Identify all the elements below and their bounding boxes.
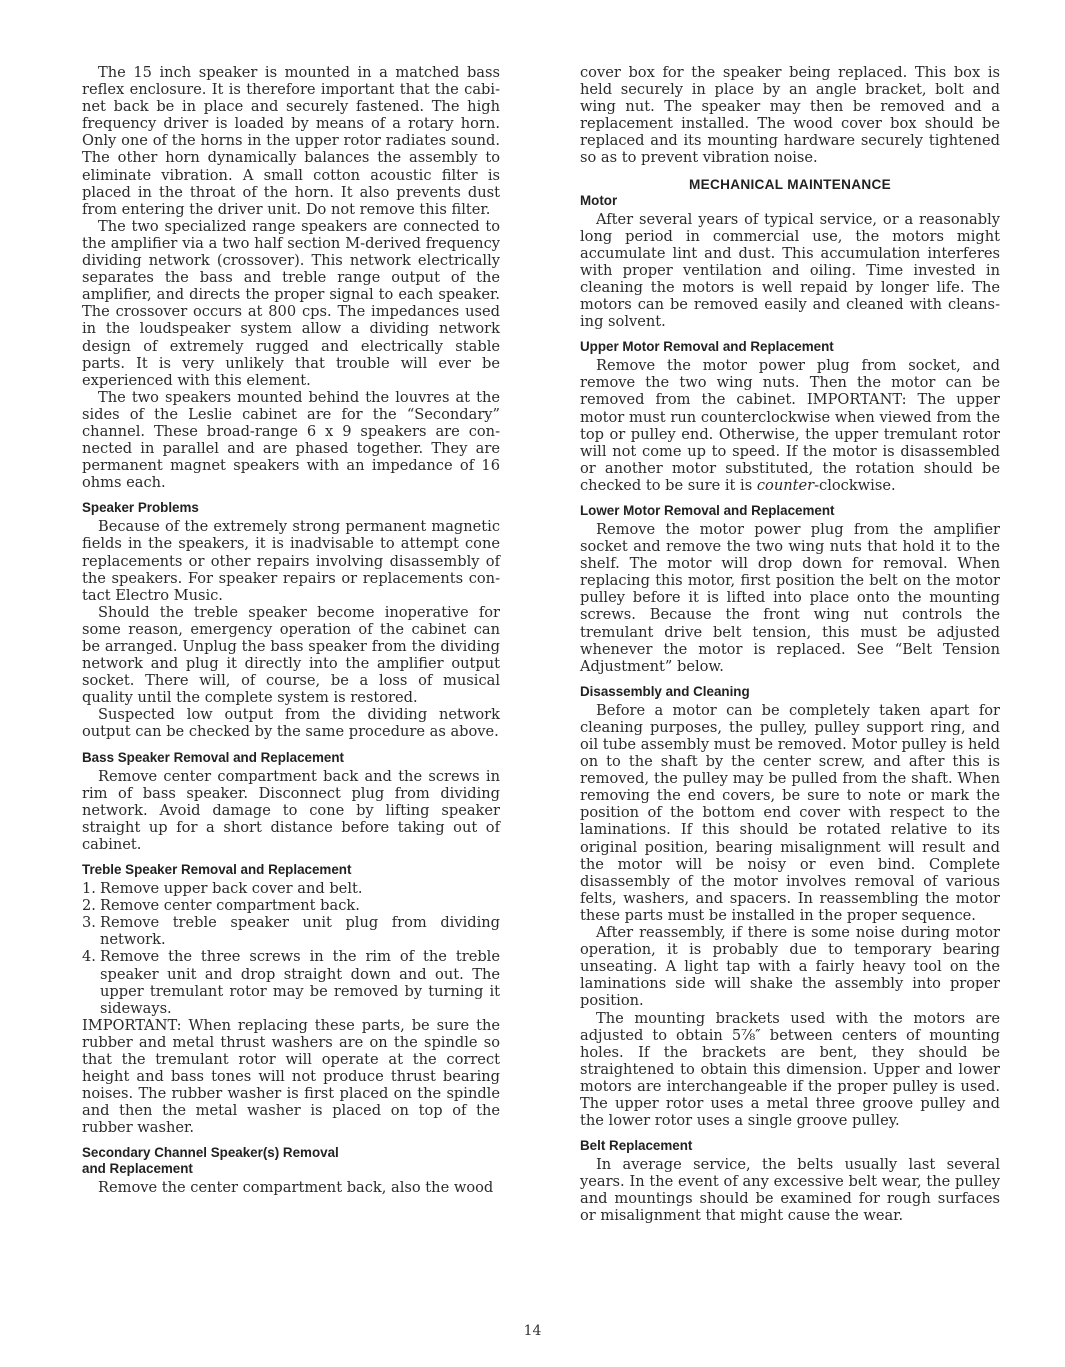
upper-motor-emphasis: counter [757, 477, 814, 494]
heading-disassembly: Disassembly and Cleaning [580, 684, 1000, 700]
step-text: Remove upper back cover and belt. [100, 880, 500, 897]
treble-steps-list: 1. Remove upper back cover and belt. 2. … [82, 880, 500, 1017]
left-column: The 15 inch speaker is mounted in a matc… [82, 64, 500, 1197]
secondary-channel-paragraph-continued: cover box for the speaker being replaced… [580, 64, 1000, 167]
intro-paragraph-2: The two specialized range speakers are c… [82, 218, 500, 389]
treble-step-2: 2. Remove center compartment back. [82, 897, 500, 914]
section-title-mechanical-maintenance: MECHANICAL MAINTENANCE [580, 177, 1000, 193]
right-column: cover box for the speaker being replaced… [580, 64, 1000, 1225]
upper-motor-paragraph: Remove the motor power plug from socket,… [580, 357, 1000, 494]
step-number: 4. [82, 948, 100, 1016]
motor-paragraph: After several years of typical service, … [580, 211, 1000, 331]
heading-secondary-line-2: and Replacement [82, 1161, 193, 1176]
bass-speaker-paragraph: Remove center compartment back and the s… [82, 768, 500, 853]
step-text: Remove the three screws in the rim of th… [100, 948, 500, 1016]
treble-step-1: 1. Remove upper back cover and belt. [82, 880, 500, 897]
heading-secondary-line-1: Secondary Channel Speaker(s) Removal [82, 1145, 339, 1160]
heading-upper-motor: Upper Motor Removal and Replacement [580, 339, 1000, 355]
heading-speaker-problems: Speaker Problems [82, 500, 500, 516]
speaker-problems-paragraph-3: Suspected low output from the dividing n… [82, 706, 500, 740]
intro-paragraph-3: The two speakers mounted behind the louv… [82, 389, 500, 492]
upper-motor-text: Remove the motor power plug from socket,… [580, 357, 1000, 494]
heading-motor: Motor [580, 193, 1000, 209]
step-text: Remove center compartment back. [100, 897, 500, 914]
heading-treble-speaker: Treble Speaker Removal and Replacement [82, 862, 500, 878]
belt-replacement-paragraph: In average service, the belts usually la… [580, 1156, 1000, 1224]
treble-important-note: IMPORTANT: When replacing these parts, b… [82, 1017, 500, 1137]
disassembly-paragraph-3: The mounting brackets used with the moto… [580, 1010, 1000, 1130]
disassembly-paragraph-2: After reassembly, if there is some noise… [580, 924, 1000, 1009]
secondary-channel-paragraph-start: Remove the center compartment back, also… [82, 1179, 500, 1196]
disassembly-paragraph-1: Before a motor can be completely taken a… [580, 702, 1000, 924]
speaker-problems-paragraph-2: Should the treble speaker become inopera… [82, 604, 500, 707]
heading-bass-speaker: Bass Speaker Removal and Replacement [82, 750, 500, 766]
speaker-problems-paragraph-1: Because of the extremely strong permanen… [82, 518, 500, 603]
step-text: Remove treble speaker unit plug from div… [100, 914, 500, 948]
heading-secondary-channel: Secondary Channel Speaker(s) Removal and… [82, 1145, 500, 1177]
lower-motor-paragraph: Remove the motor power plug from the amp… [580, 521, 1000, 675]
page-number: 14 [0, 1323, 1065, 1339]
step-number: 2. [82, 897, 100, 914]
upper-motor-text-end: -clockwise. [814, 477, 896, 494]
intro-paragraph-1: The 15 inch speaker is mounted in a matc… [82, 64, 500, 218]
treble-step-3: 3. Remove treble speaker unit plug from … [82, 914, 500, 948]
heading-lower-motor: Lower Motor Removal and Replacement [580, 503, 1000, 519]
treble-step-4: 4. Remove the three screws in the rim of… [82, 948, 500, 1016]
heading-belt-replacement: Belt Replacement [580, 1138, 1000, 1154]
step-number: 3. [82, 914, 100, 948]
step-number: 1. [82, 880, 100, 897]
